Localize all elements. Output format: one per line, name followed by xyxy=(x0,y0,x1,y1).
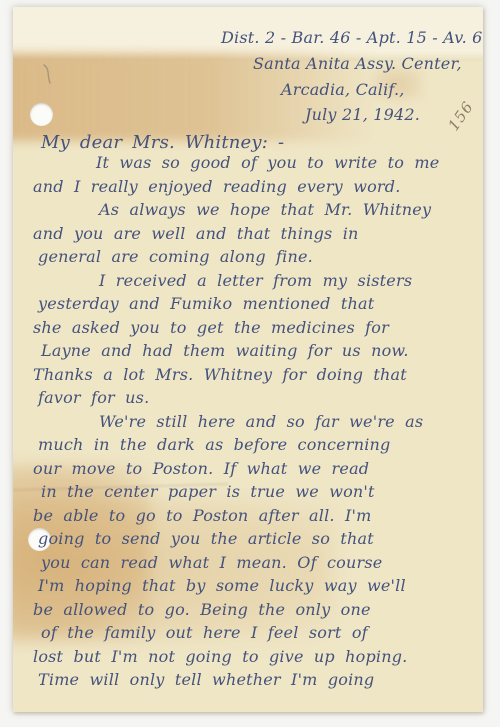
letter-line: Time will only tell whether I'm going xyxy=(38,668,478,692)
letter-line: be allowed to go. Being the only one xyxy=(33,598,478,622)
address-line-3: Arcadia, Calif., xyxy=(281,80,405,99)
salutation: My dear Mrs. Whitney: - xyxy=(41,132,284,153)
punch-hole-top xyxy=(30,103,53,126)
scanned-letter-page: { "letter": { "heading": { "address_line… xyxy=(0,0,500,727)
letter-line: We're still here and so far we're as xyxy=(41,410,478,434)
pencil-mark xyxy=(40,63,54,85)
page-number-annotation: 156 xyxy=(444,98,477,134)
letter-line: she asked you to get the medicines for xyxy=(33,316,478,340)
letter-line: you can read what I mean. Of course xyxy=(41,551,478,575)
letter-line: It was so good of you to write to me xyxy=(38,151,478,175)
letter-paper: Dist. 2 - Bar. 46 - Apt. 15 - Av. 6, San… xyxy=(13,7,483,712)
letter-line: going to send you the article so that xyxy=(38,527,478,551)
letter-line: general are coming along fine. xyxy=(38,245,478,269)
letter-line: yesterday and Fumiko mentioned that xyxy=(38,292,478,316)
address-line-2: Santa Anita Assy. Center, xyxy=(253,54,462,73)
letter-line: I received a letter from my sisters xyxy=(41,269,478,293)
letter-line: be able to go to Poston after all. I'm xyxy=(33,504,478,528)
letter-line: favor for us. xyxy=(38,386,478,410)
letter-line: Layne and had them waiting for us now. xyxy=(41,339,478,363)
letter-line: lost but I'm not going to give up hoping… xyxy=(33,645,478,669)
letter-line: Thanks a lot Mrs. Whitney for doing that xyxy=(33,363,478,387)
letter-line: in the center paper is true we won't xyxy=(41,480,478,504)
letter-line: and you are well and that things in xyxy=(33,222,478,246)
letter-line: and I really enjoyed reading every word. xyxy=(33,175,478,199)
letter-line: much in the dark as before concerning xyxy=(38,433,478,457)
letter-line: As always we hope that Mr. Whitney xyxy=(41,198,478,222)
date-line: July 21, 1942. xyxy=(305,105,420,124)
letter-line: of the family out here I feel sort of xyxy=(41,621,478,645)
letter-line: I'm hoping that by some lucky way we'll xyxy=(38,574,478,598)
letter-body: It was so good of you to write to me and… xyxy=(38,151,478,692)
letter-line: our move to Poston. If what we read xyxy=(33,457,478,481)
address-line-1: Dist. 2 - Bar. 46 - Apt. 15 - Av. 6, xyxy=(221,28,483,47)
